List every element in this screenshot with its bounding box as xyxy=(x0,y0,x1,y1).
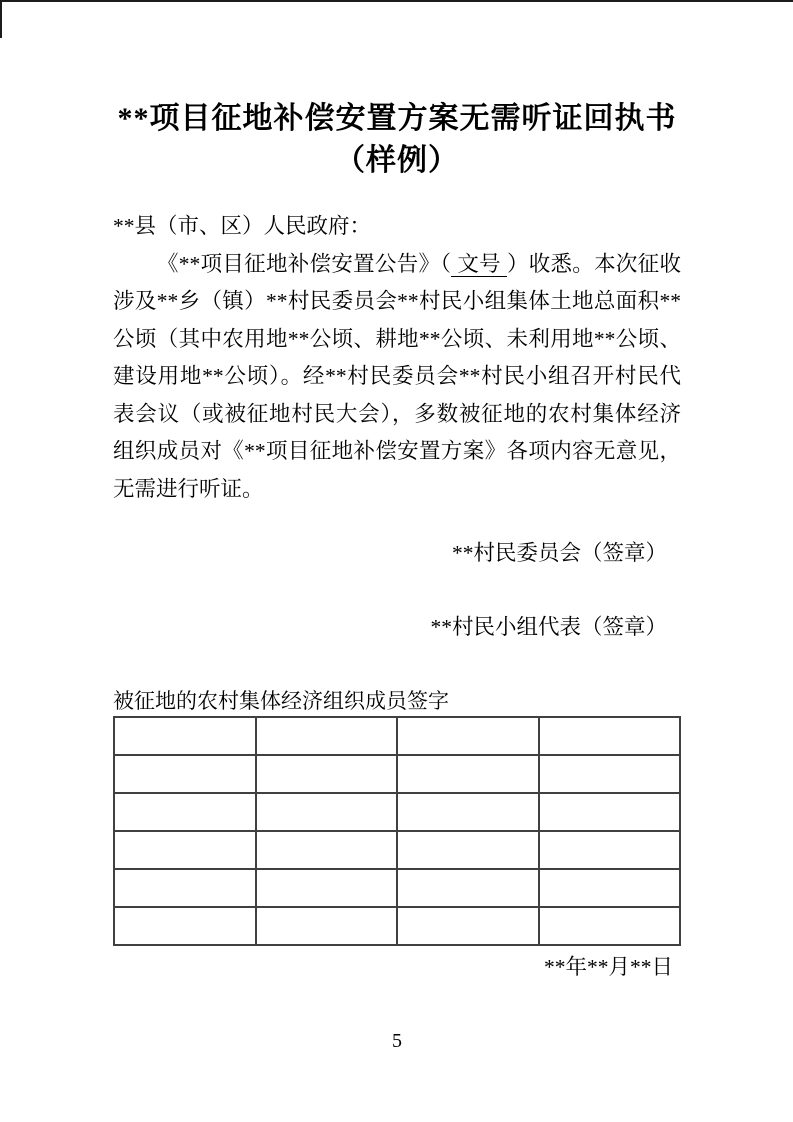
table-row xyxy=(114,755,680,793)
document-title-line1: **项目征地补偿安置方案无需听证回执书 xyxy=(113,98,681,140)
document-number-blank: 文号 xyxy=(451,252,507,277)
signature-cell xyxy=(539,793,681,831)
signature-table-caption: 被征地的农村集体经济组织成员签字 xyxy=(113,686,681,716)
signature-table-body xyxy=(114,717,680,945)
signature-cell xyxy=(256,831,398,869)
signature-cell xyxy=(114,755,256,793)
document-title-line2: （样例） xyxy=(113,140,681,182)
letter-body: **县（市、区）人民政府： 《**项目征地补偿安置公告》（文号）收悉。本次征收 … xyxy=(113,208,681,508)
signature-cell xyxy=(397,717,539,755)
salutation: **县（市、区）人民政府： xyxy=(113,208,681,246)
signature-cell xyxy=(256,793,398,831)
table-row xyxy=(114,869,680,907)
signature-cell xyxy=(256,869,398,907)
signature-cell xyxy=(256,907,398,945)
signature-cell xyxy=(397,869,539,907)
date-line: **年**月**日 xyxy=(113,952,681,982)
signature-table xyxy=(113,716,681,946)
signature-cell xyxy=(114,907,256,945)
signature-cell xyxy=(539,755,681,793)
letter-line: 建设用地**公顷）。经**村民委员会**村民小组召开村民代 xyxy=(113,358,681,396)
letter-line: 涉及**乡（镇）**村民委员会**村民小组集体土地总面积** xyxy=(113,283,681,321)
signature-cell xyxy=(397,831,539,869)
table-row xyxy=(114,907,680,945)
signature-cell xyxy=(256,755,398,793)
signature-cell xyxy=(256,717,398,755)
signature-cell xyxy=(397,907,539,945)
letter-line: 表会议（或被征地村民大会），多数被征地的农村集体经济 xyxy=(113,396,681,434)
letter-line: 公顷（其中农用地**公顷、耕地**公顷、未利用地**公顷、 xyxy=(113,321,681,359)
signature-line-group-rep: **村民小组代表（签章） xyxy=(113,609,681,646)
letter-line2-post: ）收悉。本次征收 xyxy=(507,252,681,276)
letter-line: 《**项目征地补偿安置公告》（文号）收悉。本次征收 xyxy=(113,246,681,284)
document-title: **项目征地补偿安置方案无需听证回执书 （样例） xyxy=(113,98,681,182)
table-row xyxy=(114,831,680,869)
signature-cell xyxy=(397,793,539,831)
document-page: { "title": { "line1": "**项目征地补偿安置方案无需听证回… xyxy=(0,0,793,1122)
letter-line: 组织成员对《**项目征地补偿安置方案》各项内容无意见， xyxy=(113,433,681,471)
signature-line-committee: **村民委员会（签章） xyxy=(113,535,681,572)
table-row xyxy=(114,717,680,755)
signature-cell xyxy=(114,793,256,831)
letter-line: 无需进行听证。 xyxy=(113,471,681,509)
signature-cell xyxy=(114,831,256,869)
letter-line2-pre: 《**项目征地补偿安置公告》（ xyxy=(157,252,451,276)
table-row xyxy=(114,793,680,831)
signature-cell xyxy=(114,869,256,907)
signature-cell xyxy=(114,717,256,755)
document-content: **项目征地补偿安置方案无需听证回执书 （样例） **县（市、区）人民政府： 《… xyxy=(113,0,681,1054)
signature-cell xyxy=(539,717,681,755)
signature-cell xyxy=(539,907,681,945)
signature-cell xyxy=(397,755,539,793)
page-left-edge-mark xyxy=(0,0,2,38)
signature-cell xyxy=(539,831,681,869)
page-number: 5 xyxy=(113,1028,681,1054)
signature-cell xyxy=(539,869,681,907)
